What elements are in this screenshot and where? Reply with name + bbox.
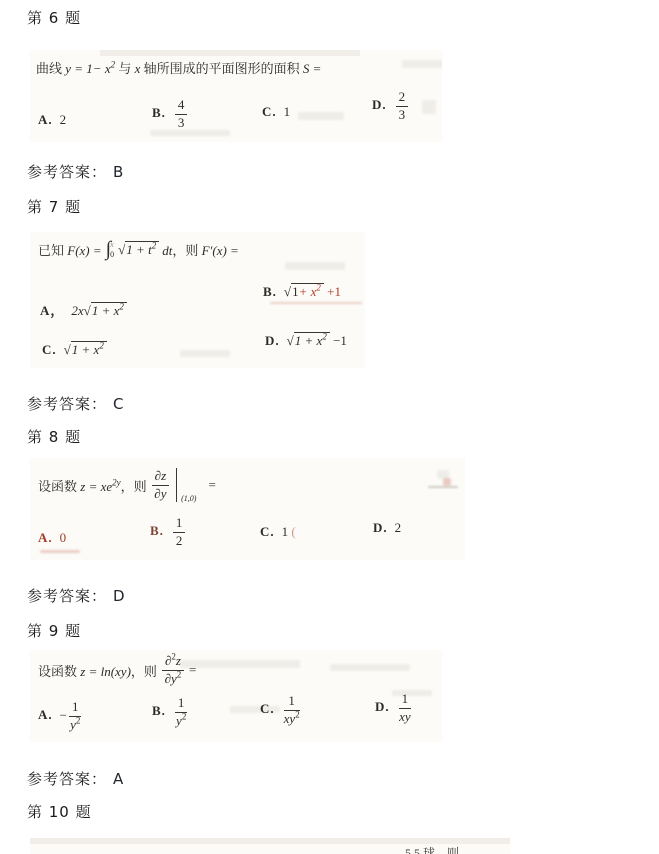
fraction-denominator: xy	[399, 709, 412, 725]
option-label: A.	[38, 530, 53, 545]
q9-option-a: A.−1y2	[38, 700, 83, 733]
radicand-exponent: 2	[99, 341, 104, 351]
option-value: 2	[60, 112, 67, 127]
stem-math: =	[189, 662, 196, 678]
option-label: C.	[262, 104, 277, 119]
exponent: 2	[295, 710, 300, 720]
scan-noise	[422, 100, 436, 114]
q7-answer-line: 参考答案：C	[27, 393, 125, 414]
q8-stem: 设函数 z = xe2y，则 ∂z∂y (1,0) =	[38, 468, 216, 502]
q8-option-b: B.12	[150, 516, 187, 549]
q6-option-a: A.2	[38, 112, 66, 128]
radical-sign: √	[287, 333, 294, 348]
radical: √1 + x2	[287, 332, 330, 348]
exam-answer-page: 第 6 题 曲线 y = 1− x2 与 x 轴所围成的平面图形的面积 S = …	[0, 0, 659, 854]
stem-math: y = 1− x	[65, 61, 110, 76]
answer-letter: C	[113, 395, 124, 413]
stem-text: 设函数	[38, 479, 80, 494]
red-pen-mark	[40, 550, 80, 553]
stem-math: S =	[303, 61, 322, 76]
question-7-image: 已知 F(x) = ∫x0 √1 + t2 dt，则 F′(x) = A，2x√…	[30, 232, 365, 368]
stem-math: F′(x) =	[202, 243, 239, 258]
q7-option-d: D.√1 + x2 −1	[265, 333, 347, 349]
option-label: C.	[260, 524, 275, 539]
answer-letter: D	[113, 587, 126, 605]
stem-text: ，则	[121, 479, 147, 494]
fraction: 43	[175, 98, 188, 131]
radical: √1 + t2	[118, 242, 159, 258]
integral-upper-limit: x	[110, 240, 114, 250]
answer-label: 参考答案：	[27, 587, 107, 605]
question-8-image: 设函数 z = xe2y，则 ∂z∂y (1,0) = A.0 B.12 C.1…	[30, 458, 465, 560]
scan-noise	[402, 60, 442, 68]
exponent: 2	[177, 670, 182, 680]
fraction-denominator: ∂y2	[162, 671, 184, 687]
option-tail: −1	[333, 333, 347, 348]
fraction-numerator: ∂2z	[162, 654, 184, 671]
question-9-heading: 第 9 题	[27, 620, 81, 641]
option-label: B.	[152, 703, 166, 718]
scan-noise	[330, 664, 410, 671]
stem-math: z = ln(xy)	[80, 664, 131, 679]
minus-sign: −	[60, 707, 67, 722]
q9-answer-line: 参考答案：A	[27, 768, 124, 789]
red-pen-mark	[443, 478, 451, 486]
variable: z	[176, 653, 181, 668]
radicand-exponent: 2	[152, 240, 157, 250]
option-label: A.	[38, 707, 53, 722]
radical-sign: √	[284, 284, 291, 299]
stem-math: dt	[162, 243, 172, 258]
stem-text: 设函数	[38, 664, 80, 679]
question-7-heading: 第 7 题	[27, 196, 81, 217]
stem-text: ，则	[172, 243, 201, 258]
answer-letter: A	[113, 770, 124, 788]
fraction: 1y2	[69, 700, 82, 733]
partial-symbol: ∂y	[165, 671, 177, 686]
question-6-image: 曲线 y = 1− x2 与 x 轴所围成的平面图形的面积 S = A.2 B.…	[30, 50, 442, 142]
fraction-denominator: ∂y	[152, 486, 169, 502]
option-value: 0	[60, 530, 67, 545]
fraction-numerator: 1	[399, 692, 412, 709]
integral-lower-limit: 0	[110, 250, 114, 260]
q9-option-c: C.1xy2	[260, 694, 302, 727]
q8-option-d: D.2	[373, 520, 401, 536]
fraction-numerator: ∂z	[152, 469, 169, 486]
q7-option-a: A，2x√1 + x2	[40, 300, 127, 319]
fraction-denominator: y2	[175, 713, 188, 729]
exponent: 2	[182, 712, 187, 722]
radicand: 1 + x	[72, 342, 100, 357]
fraction-denominator: xy2	[284, 711, 300, 727]
fraction-denominator: 2	[173, 533, 186, 549]
red-pen-mark	[270, 302, 362, 304]
q8-answer-line: 参考答案：D	[27, 585, 126, 606]
question-10-image: 5 5 球，则	[30, 838, 510, 854]
radicand: 1 + x	[295, 333, 323, 348]
radicand: 1 + t	[126, 242, 151, 257]
stem-math: F(x) =	[67, 243, 101, 258]
q9-option-d: D.1xy	[375, 692, 413, 725]
answer-label: 参考答案：	[27, 770, 107, 788]
radical-sign: √	[84, 303, 91, 318]
q6-answer-line: 参考答案：B	[27, 161, 124, 182]
radical: √1+ x2	[284, 283, 324, 299]
option-label: D.	[375, 699, 390, 714]
option-label: D.	[372, 97, 387, 112]
fraction: 23	[396, 90, 409, 123]
radicand-red-part: + x	[299, 284, 317, 299]
fraction-denominator: 3	[175, 115, 188, 131]
fraction-numerator: 1	[173, 516, 186, 533]
question-8-heading: 第 8 题	[27, 426, 81, 447]
q9-stem: 设函数 z = ln(xy)，则 ∂2z∂y2 =	[38, 654, 196, 687]
option-label: D.	[265, 333, 280, 348]
radical-sign: √	[64, 342, 71, 357]
fraction: 12	[173, 516, 186, 549]
fraction-numerator: 1	[69, 700, 82, 717]
option-math: 2x	[71, 303, 83, 318]
q6-stem: 曲线 y = 1− x2 与 x 轴所围成的平面图形的面积 S =	[36, 58, 321, 77]
q10-partial-text: 5 5 球，则	[405, 844, 459, 854]
stem-math: z = xe	[80, 479, 112, 494]
partial-derivative: ∂2z∂y2	[162, 654, 184, 687]
scan-noise	[150, 130, 230, 136]
fraction-numerator: 2	[396, 90, 409, 107]
fraction: 1xy	[399, 692, 412, 725]
answer-label: 参考答案：	[27, 395, 107, 413]
option-value: 1	[284, 104, 291, 119]
q7-option-b: B.√1+ x2 +1	[263, 284, 341, 300]
q7-stem: 已知 F(x) = ∫x0 √1 + t2 dt，则 F′(x) =	[38, 238, 239, 261]
radicand-exponent: 2	[316, 283, 321, 293]
option-label: B.	[263, 284, 277, 299]
stem-math: =	[208, 477, 215, 493]
radicand-exponent: 2	[119, 302, 124, 312]
q8-option-a: A.0	[38, 530, 66, 546]
stem-text: 与	[115, 61, 135, 76]
question-6-heading: 第 6 题	[27, 7, 81, 28]
stem-text: 轴所围成的平面图形的面积	[140, 61, 303, 76]
question-10-heading: 第 10 题	[27, 801, 92, 822]
q6-option-b: B.43	[152, 98, 189, 131]
stem-exponent: 2y	[112, 477, 121, 487]
scan-noise	[298, 112, 344, 120]
radicand-exponent: 2	[322, 332, 327, 342]
question-9-image: 设函数 z = ln(xy)，则 ∂2z∂y2 = A.−1y2 B.1y2 C…	[30, 650, 442, 742]
stem-text: 曲线	[36, 61, 65, 76]
q9-option-b: B.1y2	[152, 696, 189, 729]
option-label: A，	[40, 303, 64, 318]
fraction-denominator: 3	[396, 107, 409, 123]
q8-option-c: C.1 (	[260, 524, 296, 540]
integral: ∫x0	[106, 238, 114, 261]
exponent: 2	[76, 716, 81, 726]
option-label: B.	[152, 105, 166, 120]
q7-option-c: C.√1 + x2	[42, 342, 107, 358]
stem-text: ，则	[131, 664, 157, 679]
answer-letter: B	[113, 163, 124, 181]
option-label: B.	[150, 523, 164, 538]
red-pen-mark: (	[291, 524, 295, 539]
fraction: 1xy2	[284, 694, 300, 727]
option-label: D.	[373, 520, 388, 535]
fraction-numerator: 1	[284, 694, 300, 711]
option-label: A.	[38, 112, 53, 127]
scan-noise	[180, 660, 300, 668]
scan-noise	[285, 262, 345, 270]
radical: √1 + x2	[64, 341, 107, 357]
variable: xy	[284, 711, 296, 726]
fraction-numerator: 4	[175, 98, 188, 115]
fraction: 1y2	[175, 696, 188, 729]
q6-option-c: C.1	[262, 104, 290, 120]
option-tail: +1	[327, 284, 341, 299]
q6-option-d: D.23	[372, 90, 410, 123]
option-label: C.	[260, 701, 275, 716]
partial-derivative: ∂z∂y	[152, 469, 169, 502]
evaluation-bar	[176, 468, 177, 502]
stem-text: 已知	[38, 243, 67, 258]
option-value: 1	[282, 524, 289, 539]
option-value: 2	[395, 520, 402, 535]
radical: √1 + x2	[84, 302, 127, 318]
evaluation-point: (1,0)	[181, 494, 196, 503]
radicand: 1 + x	[92, 303, 120, 318]
fraction-numerator: 1	[175, 696, 188, 713]
scan-noise	[100, 50, 360, 56]
option-label: C.	[42, 342, 57, 357]
scan-noise	[180, 350, 230, 357]
fraction-denominator: y2	[69, 717, 82, 733]
answer-label: 参考答案：	[27, 163, 107, 181]
scan-noise	[428, 486, 458, 488]
